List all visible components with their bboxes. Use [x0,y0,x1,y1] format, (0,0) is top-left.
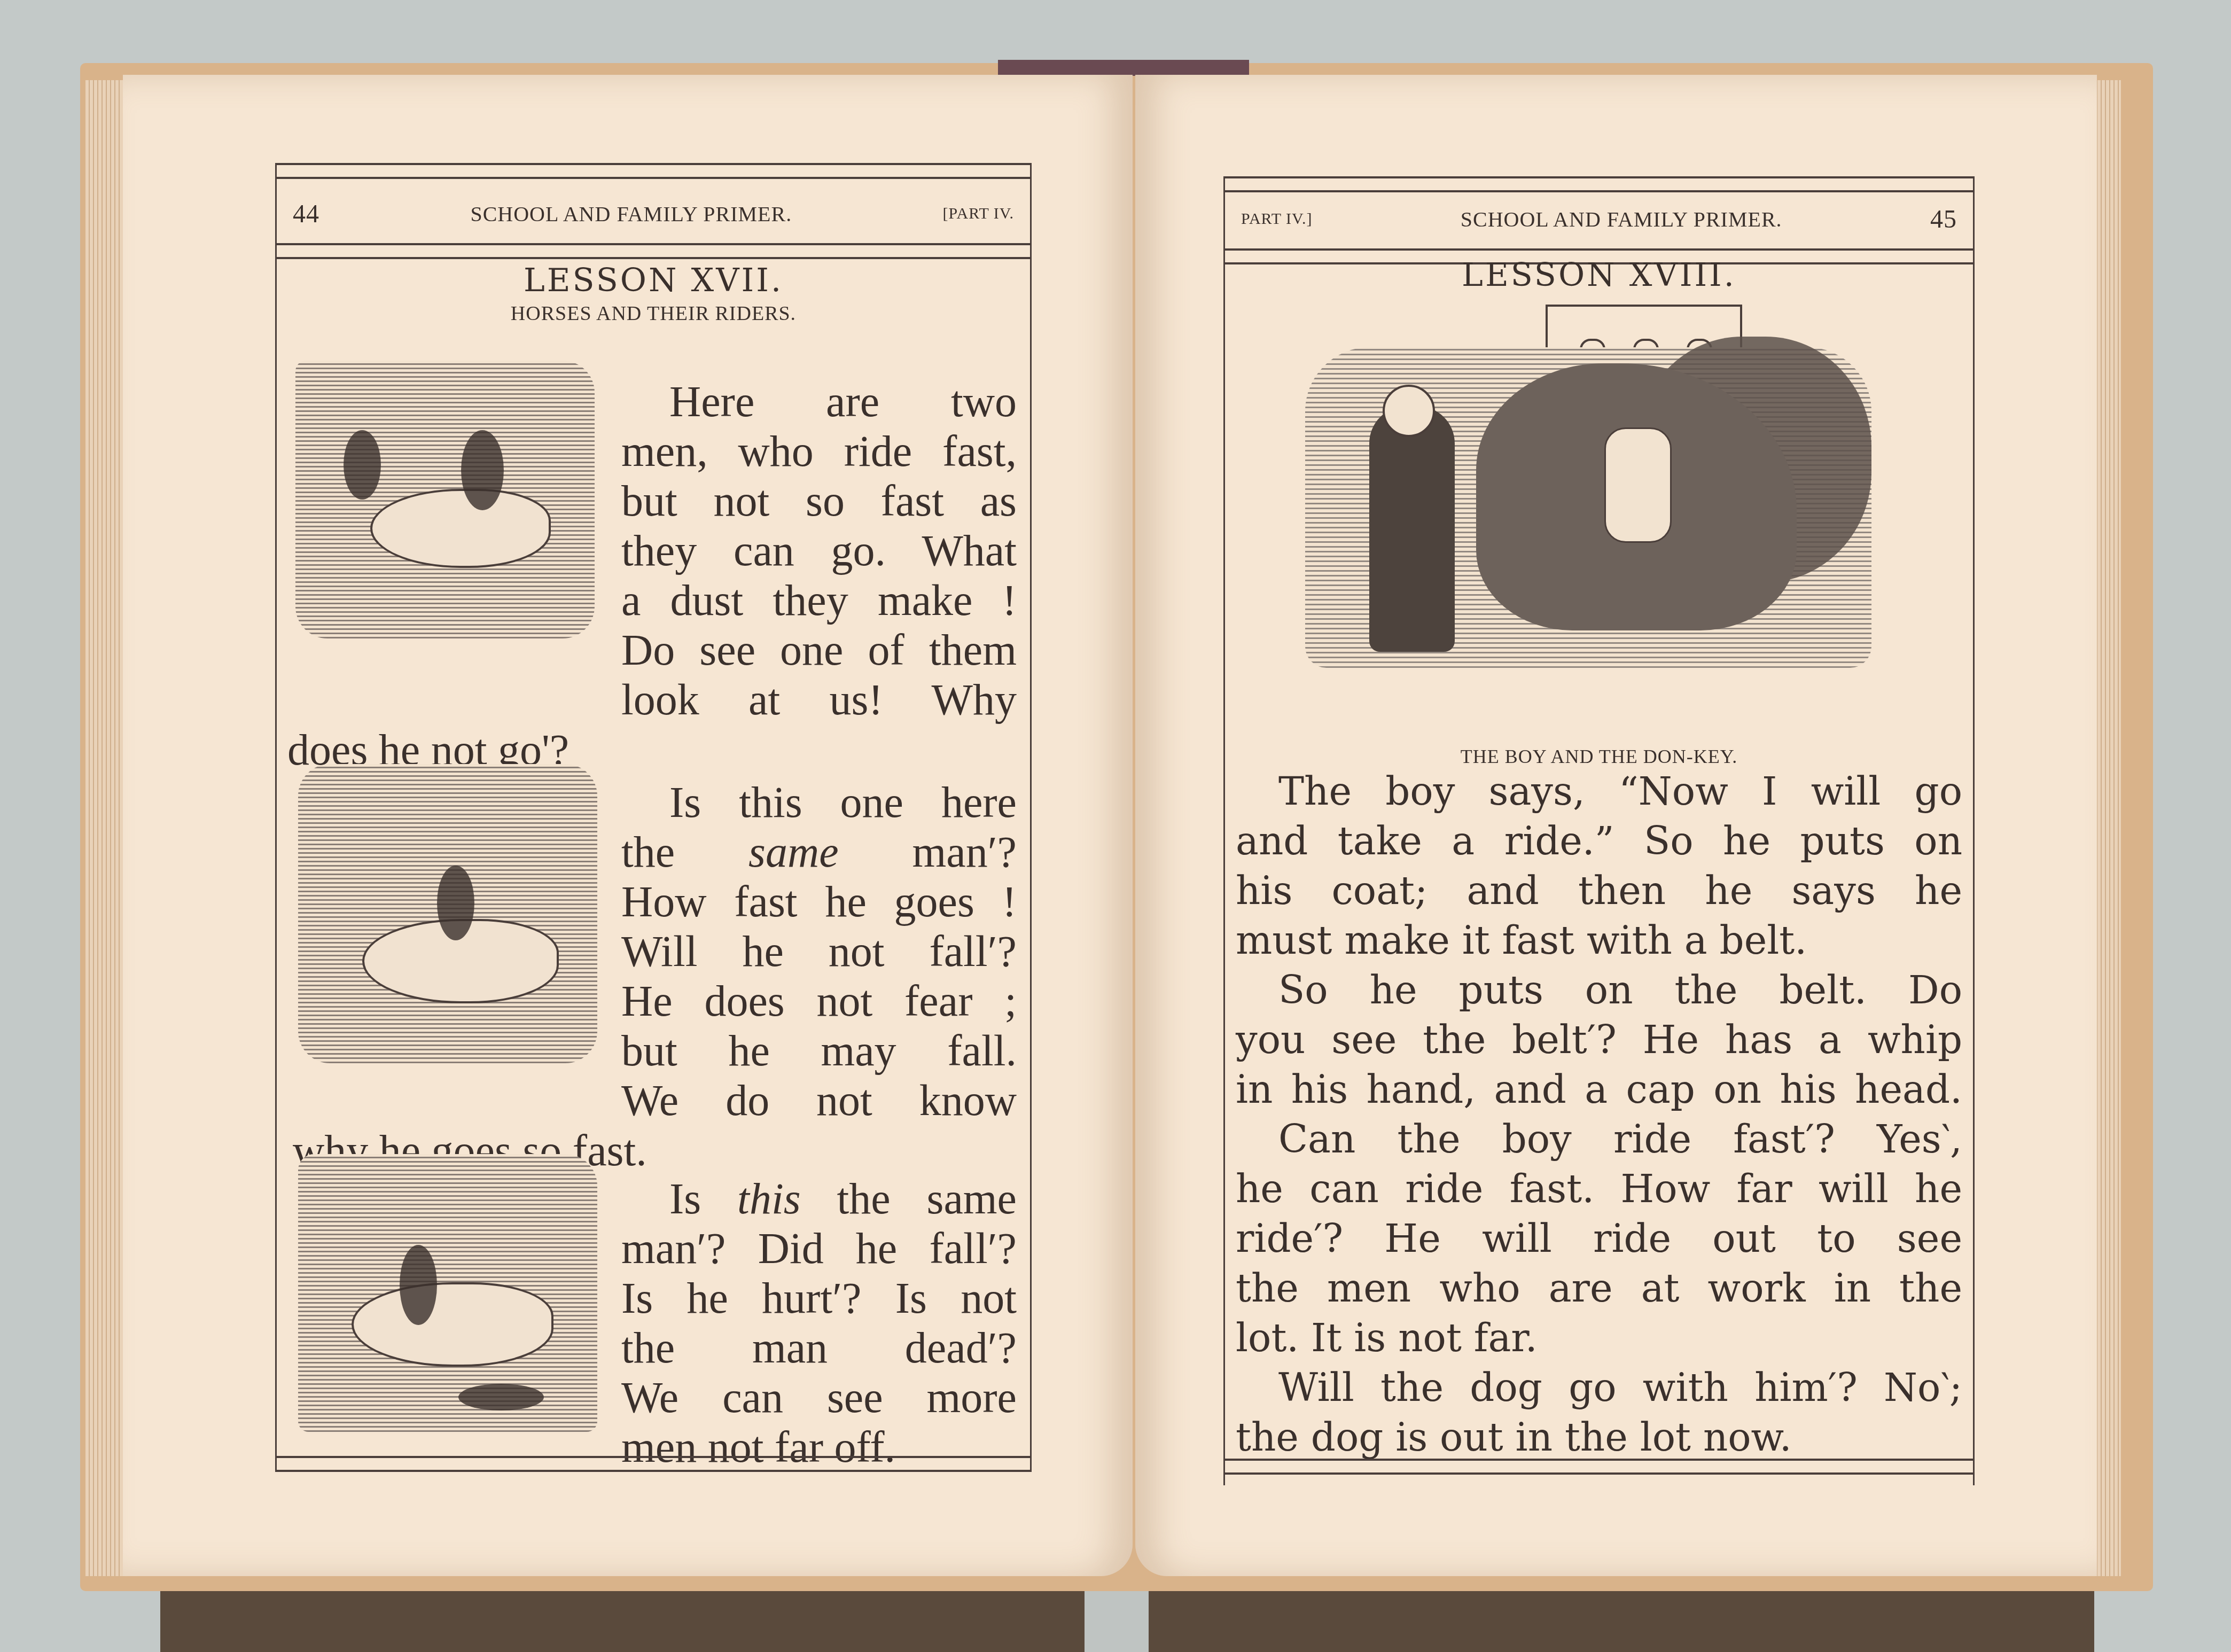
text-line: in his hand, and a cap on his head. [1236,1065,1962,1115]
book-title: SCHOOL AND FAMILY PRIMER. [1461,207,1782,232]
text-line: a dust they make ! [621,575,1017,625]
text-line: they can go. What [621,526,1017,575]
text-line: but he may fall. [621,1026,1017,1076]
bottom-double-rule [1225,1459,1973,1475]
part-label: PART IV.] [1241,210,1312,228]
top-double-rule [277,163,1030,179]
book-title: SCHOOL AND FAMILY PRIMER. [470,201,792,227]
text-line: How fast he goes ! [621,877,1017,926]
text-line: So he puts on the belt. Do [1236,965,1962,1015]
boy-head [1383,385,1435,437]
two-riders-galloping-illustration [295,361,595,638]
emphasis-word: this [737,1174,800,1223]
text-line: The boy says, “Now I will go [1236,767,1962,816]
text-line: Is he hurt′? Is not [621,1273,1017,1323]
text-line: the men who are at work in the [1236,1264,1962,1313]
part-label: [PART IV. [943,205,1014,223]
boy-and-donkey-illustration [1305,305,1871,679]
text-line: the dog is out in the lot now. [1236,1413,1962,1462]
left-page-edges [85,80,123,1576]
running-head: 44 SCHOOL AND FAMILY PRIMER. [PART IV. [293,192,1014,235]
text-line: but not so fast as [621,476,1017,526]
lesson-title: LESSON XVIII. [1225,256,1973,294]
page-number: 45 [1930,205,1957,234]
text-line: We can see more [621,1373,1017,1422]
rider-fallen-lightning-illustration [298,1154,597,1432]
text-line: he can ride fast. How far will he [1236,1164,1962,1214]
text-line: Will the dog go with him′? No‵; [1236,1363,1962,1413]
text-line: the man dead′? [621,1323,1017,1373]
header-double-rule [277,243,1030,259]
text-line: men, who ride fast, [621,426,1017,476]
text-line: and take a ride.” So he puts on [1236,816,1962,866]
text-line: Will he not fall′? [621,926,1017,976]
boy [1369,406,1455,652]
text-line: He does not fear ; [621,976,1017,1026]
text-line: Can the boy ride fast′? Yes‵, [1236,1115,1962,1164]
lesson-title: LESSON XVII. [277,262,1030,299]
text-line: Do see one of them [621,625,1017,675]
saddle [1604,427,1672,543]
text-line: Is this the same [621,1174,1017,1224]
right-page-frame: PART IV.] SCHOOL AND FAMILY PRIMER. 45 L… [1223,176,1975,1485]
text-line: you see the belt′? He has a whip [1236,1015,1962,1065]
emphasis-word: same [748,828,839,876]
text-line: ride′? He will ride out to see [1236,1214,1962,1264]
text-line: We do not know [621,1076,1017,1125]
illustration-caption: THE BOY AND THE DON-KEY. [1225,745,1973,768]
top-double-rule [1225,176,1973,192]
page-number: 44 [293,199,319,229]
text-line: lot. It is not far. [1236,1313,1962,1363]
text-line: the same man′? [621,827,1017,877]
single-rider-galloping-illustration [298,764,597,1063]
book-spine [998,60,1249,76]
text-line: his coat; and then he says he [1236,866,1962,916]
paragraph-3: Is this the same man′? Did he fall′? Is … [621,1174,1017,1472]
text-line: look at us! Why [621,675,1017,724]
left-page-frame: 44 SCHOOL AND FAMILY PRIMER. [PART IV. L… [275,163,1032,1472]
paragraph-1: Here are two men, who ride fast, but not… [621,377,1017,724]
text-line: Here are two [621,377,1017,426]
text-line: must make it fast with a belt. [1236,916,1962,965]
running-head: PART IV.] SCHOOL AND FAMILY PRIMER. 45 [1241,198,1957,240]
paragraph-2: Is this one here the same man′? How fast… [621,777,1017,1125]
right-page-text: The boy says, “Now I will go and take a … [1236,767,1962,1462]
lesson-subtitle: HORSES AND THEIR RIDERS. [277,302,1030,325]
text-line: man′? Did he fall′? [621,1224,1017,1273]
bottom-double-rule [277,1456,1030,1472]
text-line: Is this one here [621,777,1017,827]
